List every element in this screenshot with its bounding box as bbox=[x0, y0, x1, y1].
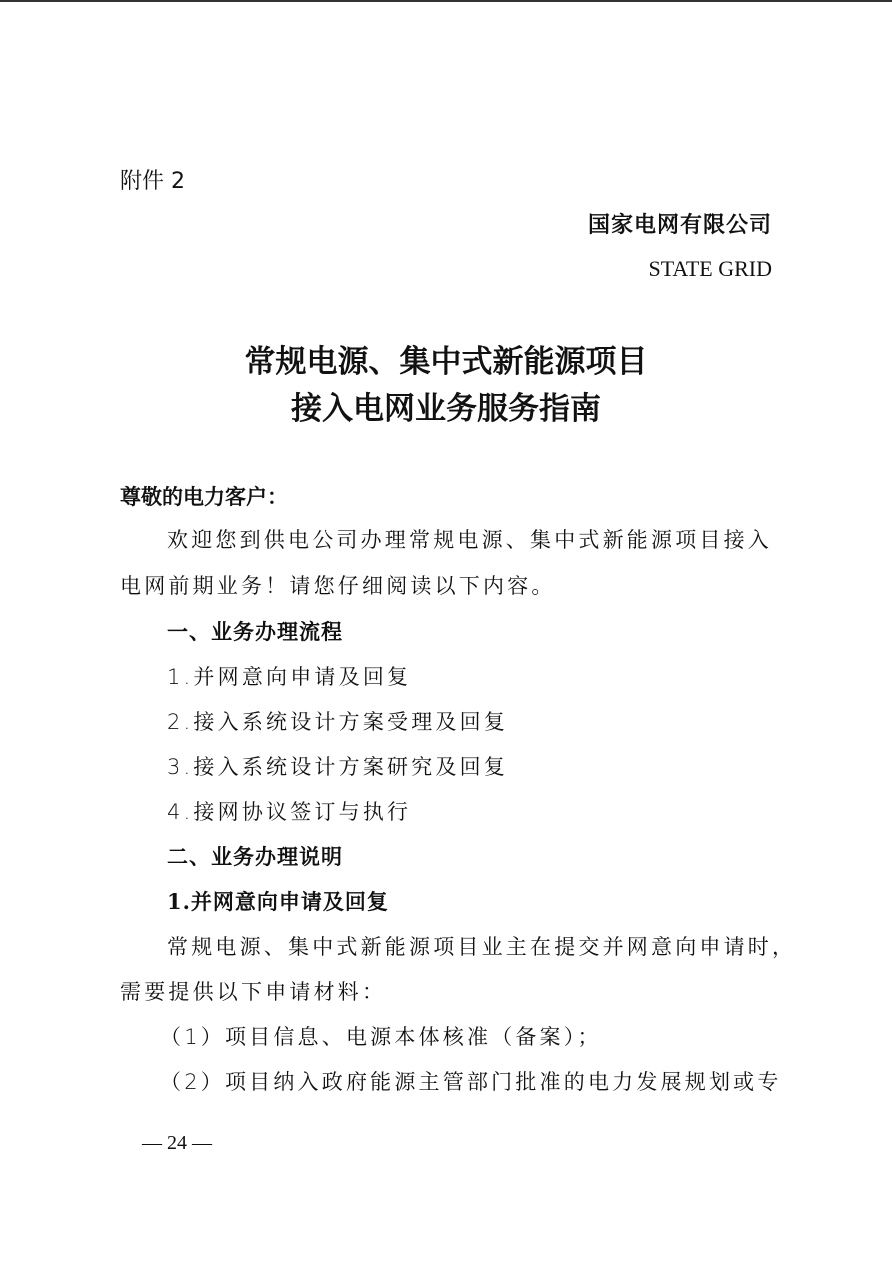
process-step: 2.接入系统设计方案受理及回复 bbox=[167, 706, 508, 736]
section-heading-instructions: 二、业务办理说明 bbox=[167, 841, 343, 871]
subsection-paragraph-line2: 需要提供以下申请材料： bbox=[120, 976, 386, 1006]
process-step: 3.接入系统设计方案研究及回复 bbox=[167, 751, 508, 781]
subsection-paragraph-line1: 常规电源、集中式新能源项目业主在提交并网意向申请时， bbox=[167, 931, 796, 961]
intro-paragraph-line1: 欢迎您到供电公司办理常规电源、集中式新能源项目接入 bbox=[167, 524, 772, 554]
company-name-cn: 国家电网有限公司 bbox=[588, 208, 772, 239]
company-name-en: STATE GRID bbox=[648, 256, 772, 282]
attachment-label: 附件 2 bbox=[120, 164, 185, 195]
subsection-heading: 1.并网意向申请及回复 bbox=[167, 886, 389, 916]
material-item: （1）项目信息、电源本体核准（备案）； bbox=[160, 1021, 602, 1051]
section-heading-process: 一、业务办理流程 bbox=[167, 616, 343, 646]
process-step: 1.并网意向申请及回复 bbox=[167, 661, 411, 691]
process-step: 4.接网协议签订与执行 bbox=[167, 796, 411, 826]
intro-paragraph-line2: 电网前期业务！请您仔细阅读以下内容。 bbox=[120, 570, 556, 600]
greeting: 尊敬的电力客户： bbox=[120, 481, 288, 511]
material-item: （2）项目纳入政府能源主管部门批准的电力发展规划或专 bbox=[160, 1066, 782, 1096]
page-number: — 24 — bbox=[142, 1132, 212, 1155]
document-title-line2: 接入电网业务服务指南 bbox=[0, 383, 892, 428]
document-title-line1: 常规电源、集中式新能源项目 bbox=[0, 336, 892, 381]
